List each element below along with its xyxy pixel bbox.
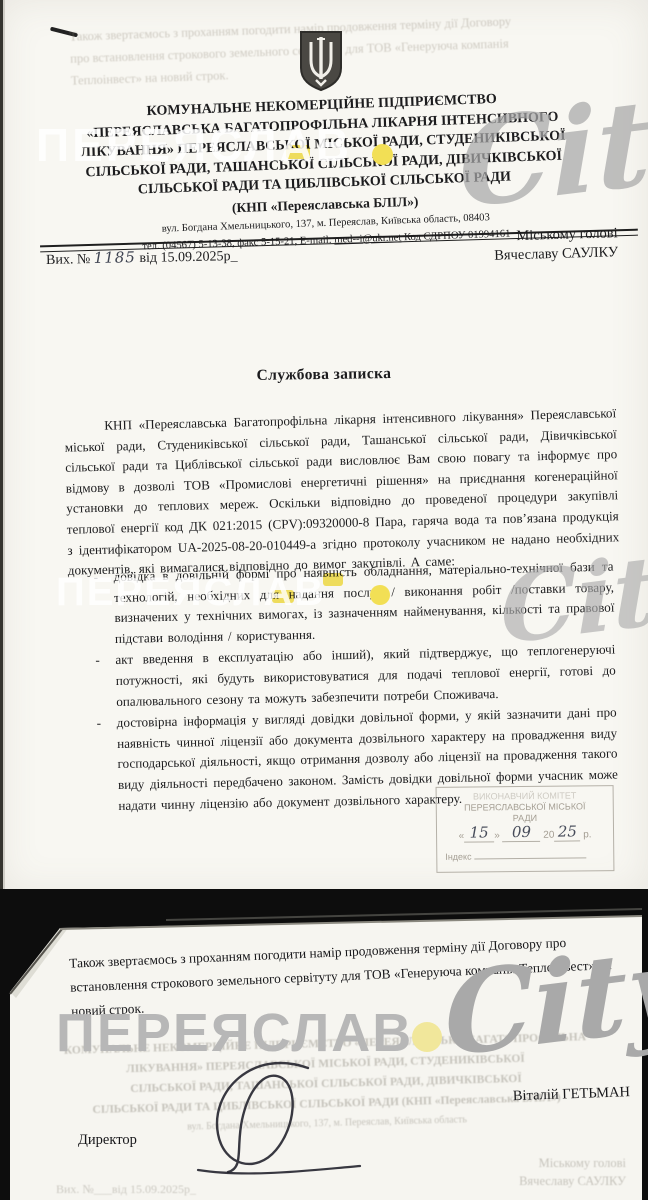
ref-date: від 15.09.2025р_	[139, 249, 237, 266]
list-item-text: достовірна інформація у вигляді довідки …	[117, 705, 618, 813]
stamp-quote: »	[494, 830, 500, 841]
ukraine-trident-emblem-icon	[299, 30, 343, 92]
outgoing-ref: Вих. № 1185 від 15.09.2025р_	[46, 246, 238, 269]
bleed-through-text: Також звертаємось з проханням погодити н…	[69, 6, 631, 92]
email-text: med--i@ukr.net	[334, 232, 401, 245]
list-item: - достовірна інформація у вигляді довідк…	[94, 703, 618, 817]
stamp-year-prefix: 20	[543, 830, 554, 841]
bleed-line: Теплоінвест» на новий строк.	[71, 50, 631, 92]
page-edge-light	[3, 0, 5, 893]
signer-role: Директор	[78, 1132, 137, 1149]
stamp-day-handwritten: 15	[469, 823, 488, 841]
list-item-text: акт введення в експлуатацію або інший), …	[115, 642, 616, 709]
bleed-line: Міському голові	[426, 1154, 626, 1172]
dash-marker: -	[95, 651, 100, 672]
dash-marker: -	[93, 567, 98, 588]
list-item: - акт введення в експлуатацію або інший)…	[93, 640, 616, 713]
watermark-dot-icon	[370, 585, 390, 605]
requirements-list: - довідка в довільній формі про наявніст…	[91, 557, 618, 818]
ref-label: Вих. №	[46, 252, 90, 268]
ref-number-handwritten: 1185	[93, 248, 136, 267]
watermark-dot-icon	[412, 1022, 442, 1052]
handwritten-signature	[190, 1056, 380, 1191]
staple-mark	[50, 27, 78, 38]
page-2-fragment: Також звертаємось з проханням погодити н…	[6, 906, 642, 1200]
bleed-through-ref: Вих. №___від 15.09.2025р_	[56, 1182, 196, 1197]
dash-marker: -	[96, 713, 101, 734]
body-paragraph: КНП «Переяславська Багатопрофільна лікар…	[64, 403, 620, 581]
bleed-through-addressee: Міському голові Вячеславу САУЛКУ	[426, 1154, 626, 1190]
stamp-year-handwritten: 25	[558, 822, 577, 840]
bleed-line: про встановлення строкового земельного с…	[70, 28, 630, 70]
stamp-month-handwritten: 09	[512, 823, 531, 841]
page-1: Також звертаємось з проханням погодити н…	[0, 0, 648, 893]
addressee-name: Вячеславу САУЛКУ	[420, 243, 618, 268]
document-title: Службова записка	[0, 361, 648, 388]
stamp-index-row: Індекс	[437, 850, 613, 863]
list-item-text: довідка в довільній формі про наявність …	[113, 559, 614, 646]
list-item: - довідка в довільній формі про наявніст…	[91, 557, 615, 650]
watermark-dot-icon	[372, 144, 393, 165]
addressee-block: Міському голові Вячеславу САУЛКУ	[420, 224, 619, 268]
bleed-line: Також звертаємось з проханням погодити н…	[69, 6, 629, 48]
scanned-document: Також звертаємось з проханням погодити н…	[0, 0, 648, 1200]
stamp-index-label: Індекс	[445, 852, 471, 862]
bleed-line: Вячеславу САУЛКУ	[426, 1172, 626, 1190]
stamp-date-row: «15» 09 2025 р.	[437, 827, 613, 843]
stamp-year-suffix: р.	[583, 829, 591, 840]
